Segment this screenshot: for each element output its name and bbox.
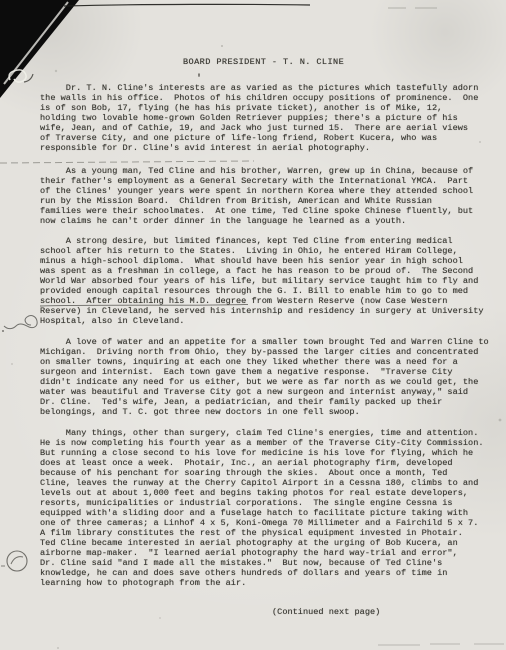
text-line: Hospital, also in Cleveland. bbox=[40, 316, 500, 326]
pencil-divider bbox=[0, 161, 254, 163]
margin-scribble-dot bbox=[2, 330, 4, 332]
paragraph-5: Many things, other than surgery, claim T… bbox=[40, 428, 500, 588]
corner-squiggle-mark bbox=[9, 70, 26, 82]
text-line: is of son Bob, 17, flying (he has his pr… bbox=[40, 103, 500, 113]
text-line: surgeon and internist. Each town gave th… bbox=[40, 367, 500, 377]
text-line: belongings, and T. C. got three new doct… bbox=[40, 407, 500, 417]
text-line: Many things, other than surgery, claim T… bbox=[40, 428, 500, 438]
text-line: of the Clines' younger years were spent … bbox=[40, 186, 500, 196]
text-line: But running a close second to his love f… bbox=[40, 448, 500, 458]
text-line: equipped with'a sliding door and a fusel… bbox=[40, 508, 500, 518]
text-line: Michigan. Driving north from Ohio, they … bbox=[40, 347, 500, 357]
text-line: wife, Jean, and of Cathie, 19, and Jack … bbox=[40, 123, 500, 133]
text-line: A love of water and an appetite for a sm… bbox=[40, 337, 500, 347]
text-line: learning how to photograph from the air. bbox=[40, 578, 500, 588]
text-line: because of his penchant for soaring thro… bbox=[40, 468, 500, 478]
text-line: run by the Mission Board. Children from … bbox=[40, 196, 500, 206]
top-edge-line bbox=[64, 4, 310, 6]
scan-speck bbox=[499, 419, 502, 422]
text-line: Reserve) in Cleveland, he served his int… bbox=[40, 306, 500, 316]
corner-squiggle-tail bbox=[24, 74, 33, 82]
circled-mark bbox=[7, 551, 27, 571]
text-line: school. After obtaining his M.D. degree … bbox=[40, 296, 500, 306]
text-line: levels out at about 1,000 feet and begin… bbox=[40, 488, 500, 498]
document-title: BOARD PRESIDENT - T. N. CLINE bbox=[183, 57, 344, 67]
text-line: the walls in his office. Photos of his c… bbox=[40, 93, 500, 103]
text-line: responsible for Dr. Cline's avid interes… bbox=[40, 143, 500, 153]
text-line: airborne map-maker. "I learned aerial ph… bbox=[40, 548, 500, 558]
text-line: A strong desire, but limited finances, k… bbox=[40, 236, 500, 246]
scan-speck bbox=[57, 647, 59, 649]
text-line: school after his return to the States. L… bbox=[40, 246, 500, 256]
text-line: holding two lovable home-grown Golden Re… bbox=[40, 113, 500, 123]
continued-note: (Continued next page) bbox=[272, 607, 380, 617]
circled-mark-inner bbox=[11, 557, 23, 564]
text-line: does at least once a week. Photair, Inc.… bbox=[40, 458, 500, 468]
text-line: minus a high-school diploma. What should… bbox=[40, 256, 500, 266]
text-line: now claims he can't order dinner in the … bbox=[40, 216, 500, 226]
text-line: on smaller towns, inquiring at each one … bbox=[40, 357, 500, 367]
scan-speck bbox=[159, 617, 161, 619]
paragraph-3: A strong desire, but limited finances, k… bbox=[40, 236, 500, 326]
text-line: Ted Cline became interested in aerial ph… bbox=[40, 538, 500, 548]
text-line: water was beautiful and Traverse City go… bbox=[40, 387, 500, 397]
text-line: Dr. Cline said "and I made all the mista… bbox=[40, 558, 500, 568]
text-line: knowledge, he can and does save others h… bbox=[40, 568, 500, 578]
text-line: He is now completing his fourth year as … bbox=[40, 438, 500, 448]
text-line: World War absorbed four years of his lif… bbox=[40, 276, 500, 286]
text-line: families were their schoolmates. At one … bbox=[40, 206, 500, 216]
scan-speck bbox=[221, 45, 223, 47]
paragraph-1: Dr. T. N. Cline's interests are as varie… bbox=[40, 83, 500, 153]
bottom-edge-faint-line bbox=[378, 644, 504, 645]
scanned-page: BOARD PRESIDENT - T. N. CLINE ' Dr. T. N… bbox=[0, 0, 506, 650]
margin-scribble bbox=[4, 316, 37, 329]
scan-speck bbox=[11, 363, 13, 365]
text-line: Dr. T. N. Cline's interests are as varie… bbox=[40, 83, 500, 93]
text-line: As a young man, Ted Cline and his brothe… bbox=[40, 166, 500, 176]
paragraph-2: As a young man, Ted Cline and his brothe… bbox=[40, 166, 500, 226]
text-line: was spent as a freshman in college, a fa… bbox=[40, 266, 500, 276]
text-line: didn't indicate any need for us either, … bbox=[40, 377, 500, 387]
text-line: A film library constitutes the rest of t… bbox=[40, 528, 500, 538]
text-line: of Traverse City, and one picture of lif… bbox=[40, 133, 500, 143]
text-line: Dr. Cline. Ted's wife, Jean, a pediatric… bbox=[40, 397, 500, 407]
text-line: one of three cameras; a Linhof 4 x 5, Ko… bbox=[40, 518, 500, 528]
text-line: provided enough capital resources throug… bbox=[40, 286, 500, 296]
text-line: resorts, municipalities or industrial co… bbox=[40, 498, 500, 508]
corner-fold-line bbox=[4, 2, 68, 84]
text-line: their father's employment as a General S… bbox=[40, 176, 500, 186]
text-line: Cline, leaves the runway at the Cherry C… bbox=[40, 478, 500, 488]
paragraph-4: A love of water and an appetite for a sm… bbox=[40, 337, 500, 417]
scan-speck bbox=[55, 70, 57, 72]
